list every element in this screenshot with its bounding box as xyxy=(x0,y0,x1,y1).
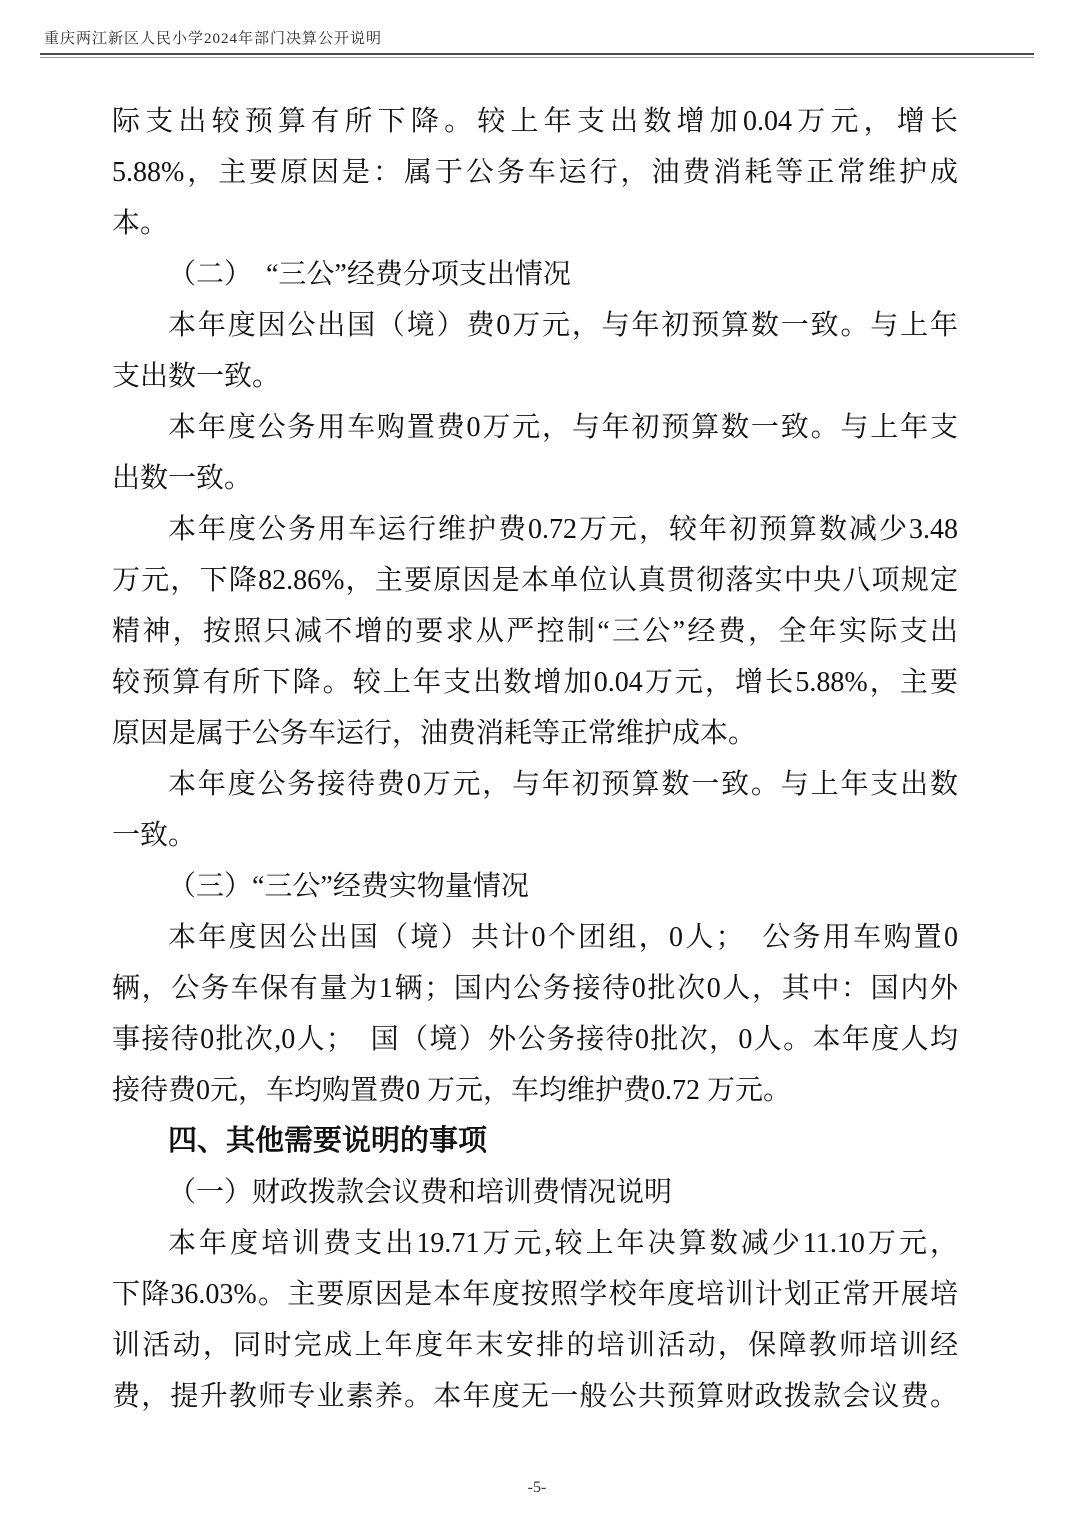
text-line: 本年度培训费支出19.71万元,较上年决算数减少11.10万元， xyxy=(112,1218,958,1269)
text-line: 5.88%，主要原因是：属于公务车运行，油费消耗等正常维护成 xyxy=(112,147,958,198)
header-rule xyxy=(40,53,1034,58)
subsection-heading: （一）财政拨款会议费和培训费情况说明 xyxy=(112,1167,958,1218)
text-line: 万元，下降82.86%，主要原因是本单位认真贯彻落实中央八项规定 xyxy=(112,555,958,606)
page-number: -5- xyxy=(528,1479,547,1496)
document-body: 际支出较预算有所下降。较上年支出数增加0.04万元，增长5.88%，主要原因是：… xyxy=(112,96,958,1422)
text-line: 支出数一致。 xyxy=(112,351,958,402)
text-line: 际支出较预算有所下降。较上年支出数增加0.04万元，增长 xyxy=(112,96,958,147)
section-heading: 四、其他需要说明的事项 xyxy=(112,1116,958,1167)
text-line: 接待费0元，车均购置费0 万元，车均维护费0.72 万元。 xyxy=(112,1065,958,1116)
text-line: 本年度公务用车购置费0万元，与年初预算数一致。与上年支 xyxy=(112,402,958,453)
header-title: 重庆两江新区人民小学2024年部门决算公开说明 xyxy=(40,30,1034,48)
text-line: 训活动，同时完成上年度年末安排的培训活动，保障教师培训经 xyxy=(112,1320,958,1371)
text-line: 本年度因公出国（境）共计0个团组，0人； 公务用车购置0 xyxy=(112,912,958,963)
text-line: 本年度公务用车运行维护费0.72万元，较年初预算数减少3.48 xyxy=(112,504,958,555)
page-header: 重庆两江新区人民小学2024年部门决算公开说明 xyxy=(40,30,1034,58)
text-line: 事接待0批次,0人； 国（境）外公务接待0批次，0人。本年度人均 xyxy=(112,1014,958,1065)
text-line: 本年度公务接待费0万元，与年初预算数一致。与上年支出数 xyxy=(112,759,958,810)
text-line: 下降36.03%。主要原因是本年度按照学校年度培训计划正常开展培 xyxy=(112,1269,958,1320)
subsection-heading: （二） “三公”经费分项支出情况 xyxy=(112,249,958,300)
page-footer: -5- xyxy=(0,1479,1074,1497)
text-line: 本年度因公出国（境）费0万元，与年初预算数一致。与上年 xyxy=(112,300,958,351)
document-page: 重庆两江新区人民小学2024年部门决算公开说明 际支出较预算有所下降。较上年支出… xyxy=(0,0,1074,1520)
text-line: 一致。 xyxy=(112,810,958,861)
text-line: 精神，按照只减不增的要求从严控制“三公”经费，全年实际支出 xyxy=(112,606,958,657)
text-line: 较预算有所下降。较上年支出数增加0.04万元，增长5.88%，主要 xyxy=(112,657,958,708)
text-line: 本。 xyxy=(112,198,958,249)
text-line: 出数一致。 xyxy=(112,453,958,504)
text-line: 辆，公务车保有量为1辆；国内公务接待0批次0人，其中：国内外 xyxy=(112,963,958,1014)
text-line: 原因是属于公务车运行，油费消耗等正常维护成本。 xyxy=(112,708,958,759)
subsection-heading: （三）“三公”经费实物量情况 xyxy=(112,861,958,912)
text-line: 费，提升教师专业素养。本年度无一般公共预算财政拨款会议费。 xyxy=(112,1371,958,1422)
